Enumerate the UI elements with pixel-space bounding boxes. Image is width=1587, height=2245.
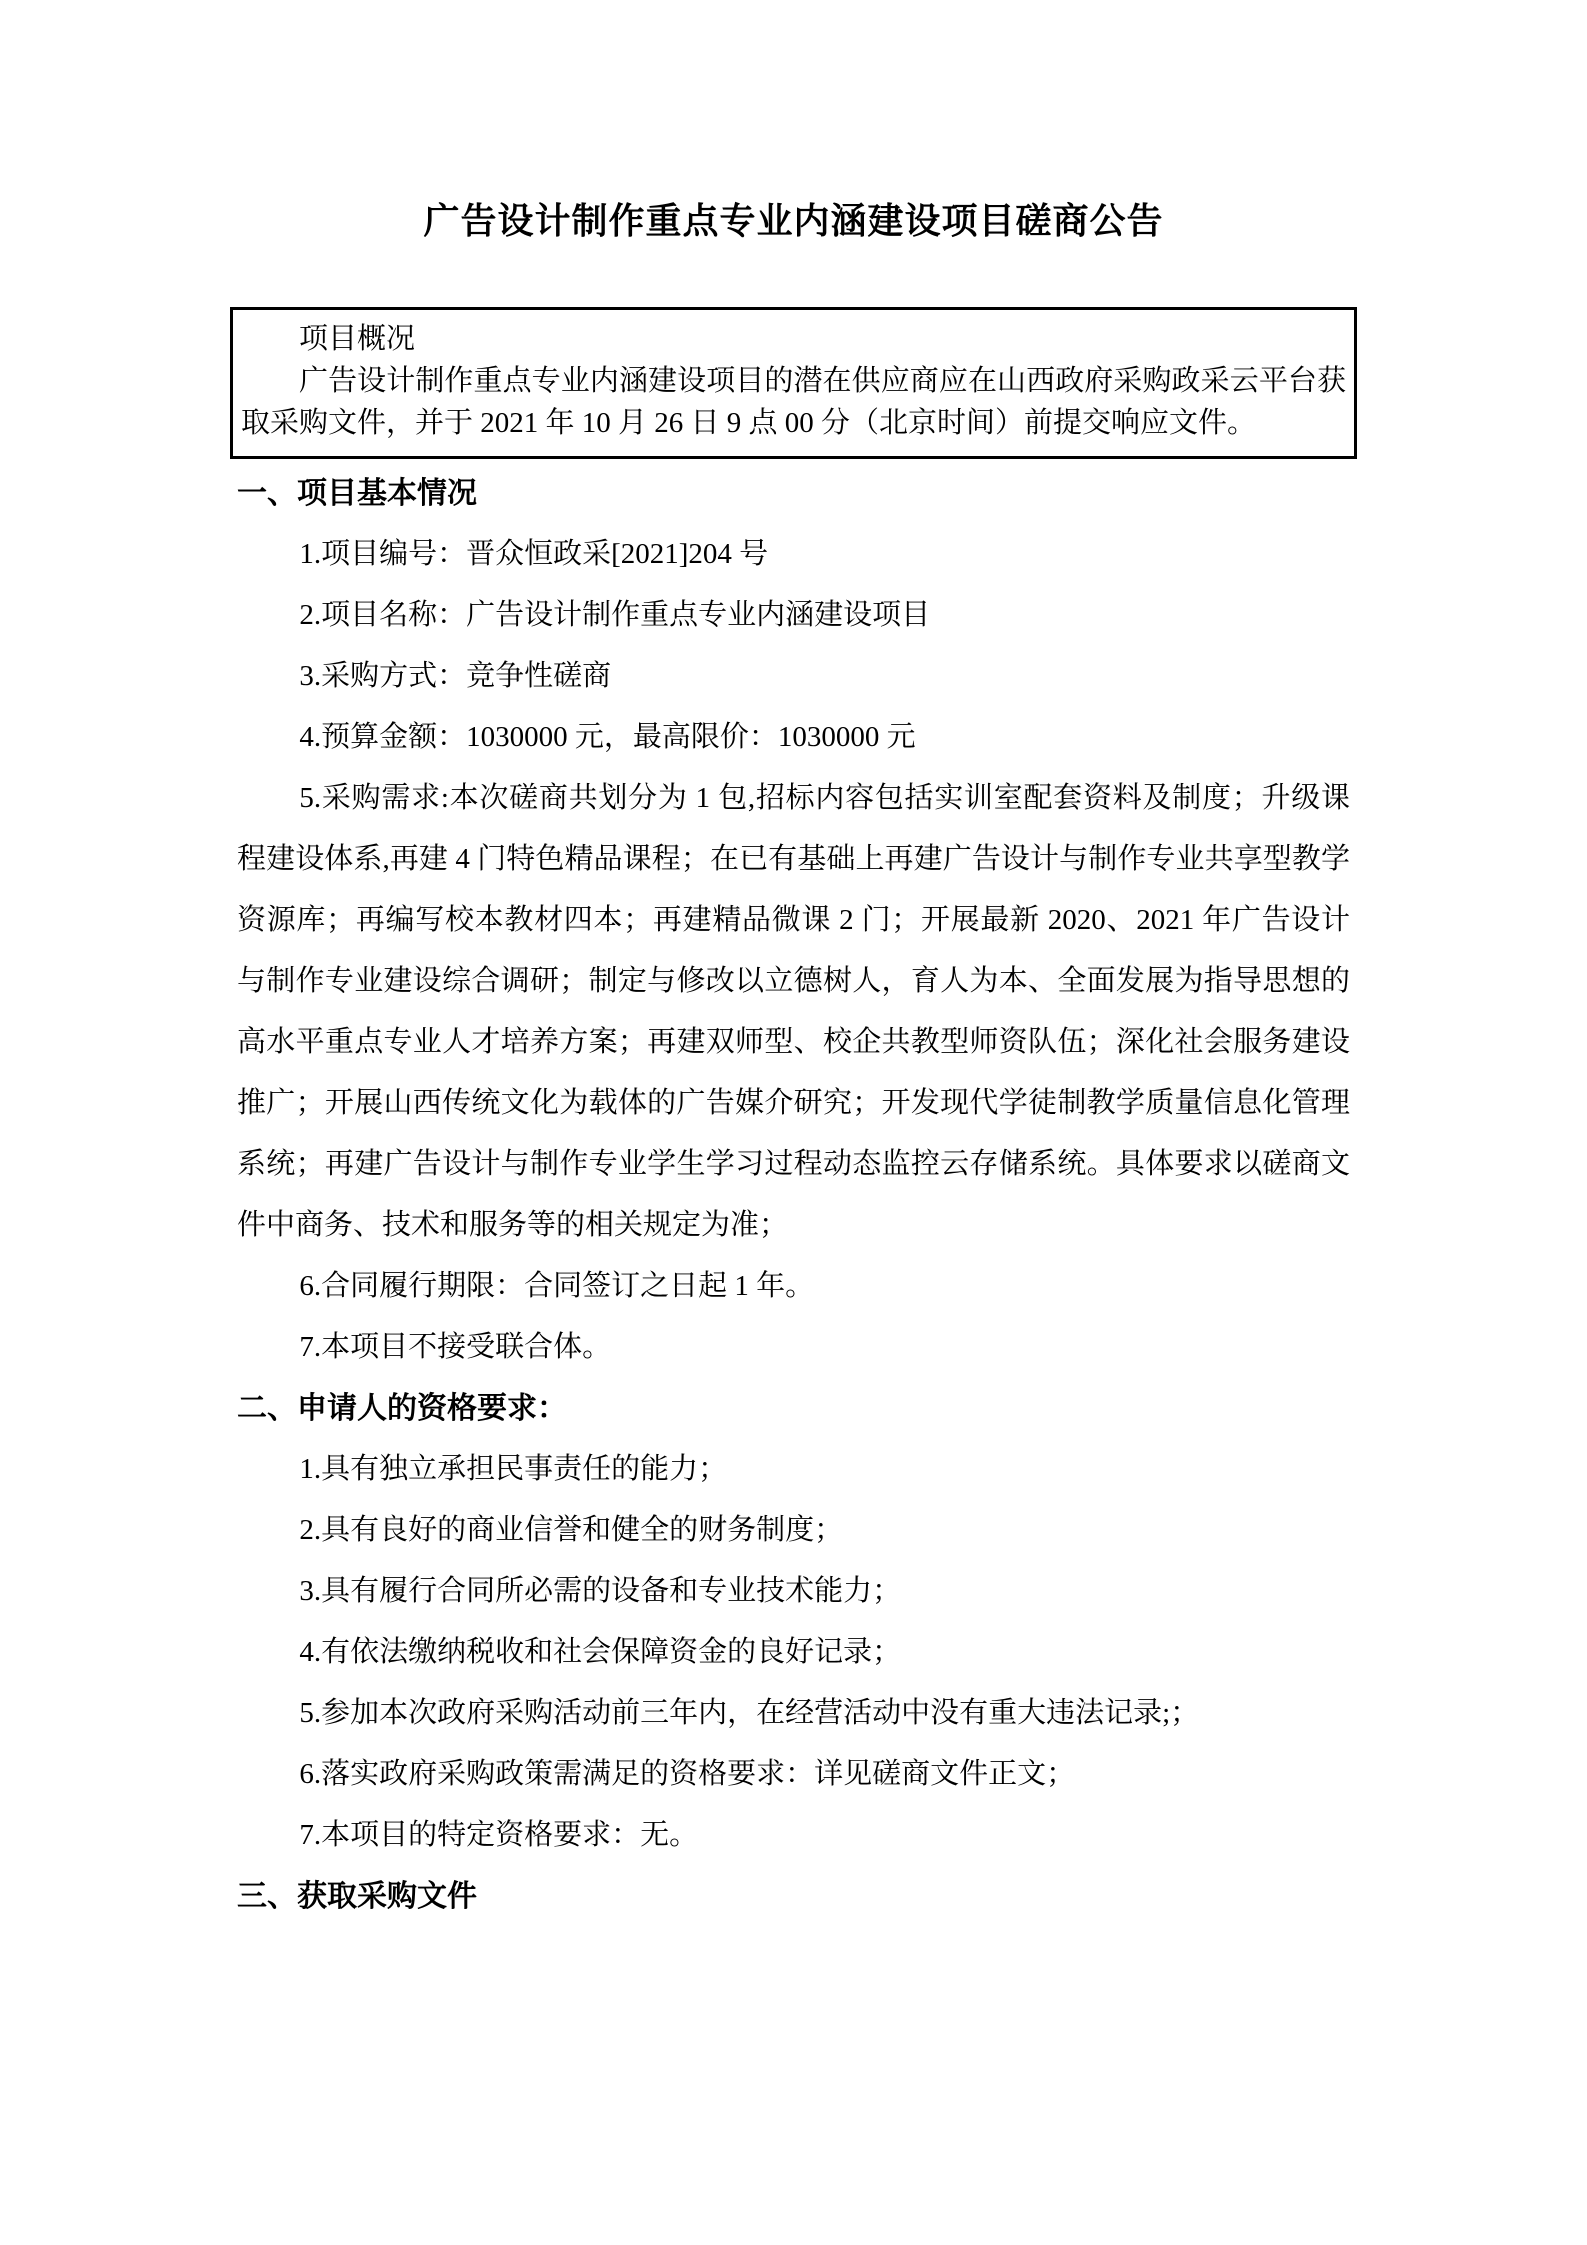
paragraph-qualification-2: 2.具有良好的商业信誉和健全的财务制度； [237,1500,1350,1561]
overview-box-heading: 项目概况 [241,318,1346,360]
project-overview-box: 项目概况 广告设计制作重点专业内涵建设项目的潜在供应商应在山西政府采购政采云平台… [230,307,1357,459]
paragraph-project-number: 1.项目编号：晋众恒政采[2021]204 号 [237,524,1350,585]
paragraph-qualification-7: 7.本项目的特定资格要求：无。 [237,1805,1350,1866]
document-body: 一、项目基本情况 1.项目编号：晋众恒政采[2021]204 号 2.项目名称：… [237,463,1350,1927]
paragraph-contract-term: 6.合同履行期限：合同签订之日起 1 年。 [237,1256,1350,1317]
overview-box-body: 广告设计制作重点专业内涵建设项目的潜在供应商应在山西政府采购政采云平台获取采购文… [241,360,1346,444]
paragraph-budget: 4.预算金额：1030000 元，最高限价：1030000 元 [237,707,1350,768]
paragraph-qualification-6: 6.落实政府采购政策需满足的资格要求：详见磋商文件正文； [237,1744,1350,1805]
section-heading-applicant-qualifications: 二、申请人的资格要求： [237,1378,1350,1439]
paragraph-qualification-3: 3.具有履行合同所必需的设备和专业技术能力； [237,1561,1350,1622]
paragraph-qualification-1: 1.具有独立承担民事责任的能力； [237,1439,1350,1500]
section-heading-basic-info: 一、项目基本情况 [237,463,1350,524]
paragraph-project-name: 2.项目名称：广告设计制作重点专业内涵建设项目 [237,585,1350,646]
document-title: 广告设计制作重点专业内涵建设项目磋商公告 [237,197,1350,245]
paragraph-qualification-5: 5.参加本次政府采购活动前三年内，在经营活动中没有重大违法记录;； [237,1683,1350,1744]
paragraph-no-consortium: 7.本项目不接受联合体。 [237,1317,1350,1378]
document-page: 广告设计制作重点专业内涵建设项目磋商公告 项目概况 广告设计制作重点专业内涵建设… [0,0,1587,2245]
paragraph-procurement-method: 3.采购方式：竞争性磋商 [237,646,1350,707]
paragraph-procurement-requirements: 5.采购需求:本次磋商共划分为 1 包,招标内容包括实训室配套资料及制度；升级课… [237,768,1350,1256]
section-heading-obtain-documents: 三、获取采购文件 [237,1866,1350,1927]
paragraph-qualification-4: 4.有依法缴纳税收和社会保障资金的良好记录； [237,1622,1350,1683]
